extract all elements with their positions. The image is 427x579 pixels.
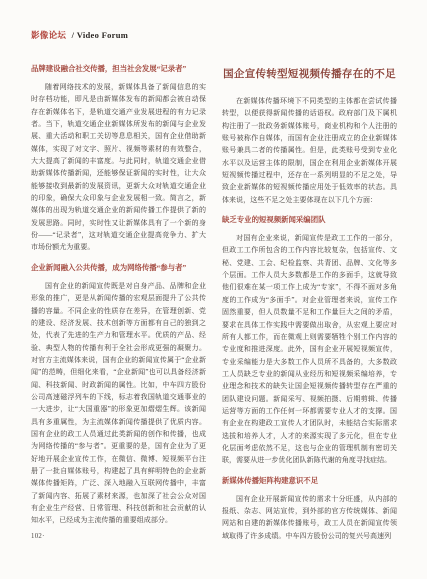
left-column: 品牌建设融合社交传播，担当社会发展“记录者” 随着网络技术的发展，新媒体具备了新… xyxy=(31,64,206,529)
section-body: 对国有企业来说，新闻宣传是政工工作的一部分，但政工工作所包含的工作内容比较复杂，… xyxy=(222,232,397,467)
section-heading: 企业新闻融入公共传播，成为网络传播“参与者” xyxy=(31,263,206,273)
right-column: 国企宣传转型短视频传播存在的不足 在新媒体传播环境下不同类型的主体都在尝试传播转… xyxy=(222,64,397,544)
column-name-english: / Video Forum xyxy=(72,30,128,40)
section-heading: 品牌建设融合社交传播，担当社会发展“记录者” xyxy=(31,64,206,74)
section-heading: 新媒体传播矩阵构建意识不足 xyxy=(222,476,397,486)
section-heading: 缺乏专业的短视频新闻采编团队 xyxy=(222,215,397,225)
section-body: 随着网络技术的发展，新媒体具备了新闻信息的实时存档功能，即凡是由新媒体发布的新闻… xyxy=(31,81,206,254)
page-header: 影像论坛 / Video Forum xyxy=(31,29,128,41)
article-intro: 在新媒体传播环境下不同类型的主体都在尝试传播转型，以便获得新闻传播的话语权。政府… xyxy=(222,95,397,206)
article-title: 国企宣传转型短视频传播存在的不足 xyxy=(222,68,397,82)
section-body: 国有企业的新闻宣传既是对自身产品、品牌和企业形象的推广，更是从新闻传播的宏观层面… xyxy=(31,280,206,527)
journal-page: 影像论坛 / Video Forum 品牌建设融合社交传播，担当社会发展“记录者… xyxy=(0,0,427,579)
page-number: 102· xyxy=(31,533,45,540)
section-body: 国有企业开展新闻宣传的需求十分旺盛，从内部的报纸、杂志、网站宣传，到外部的官方传… xyxy=(222,493,397,542)
column-name-chinese: 影像论坛 xyxy=(31,30,66,40)
